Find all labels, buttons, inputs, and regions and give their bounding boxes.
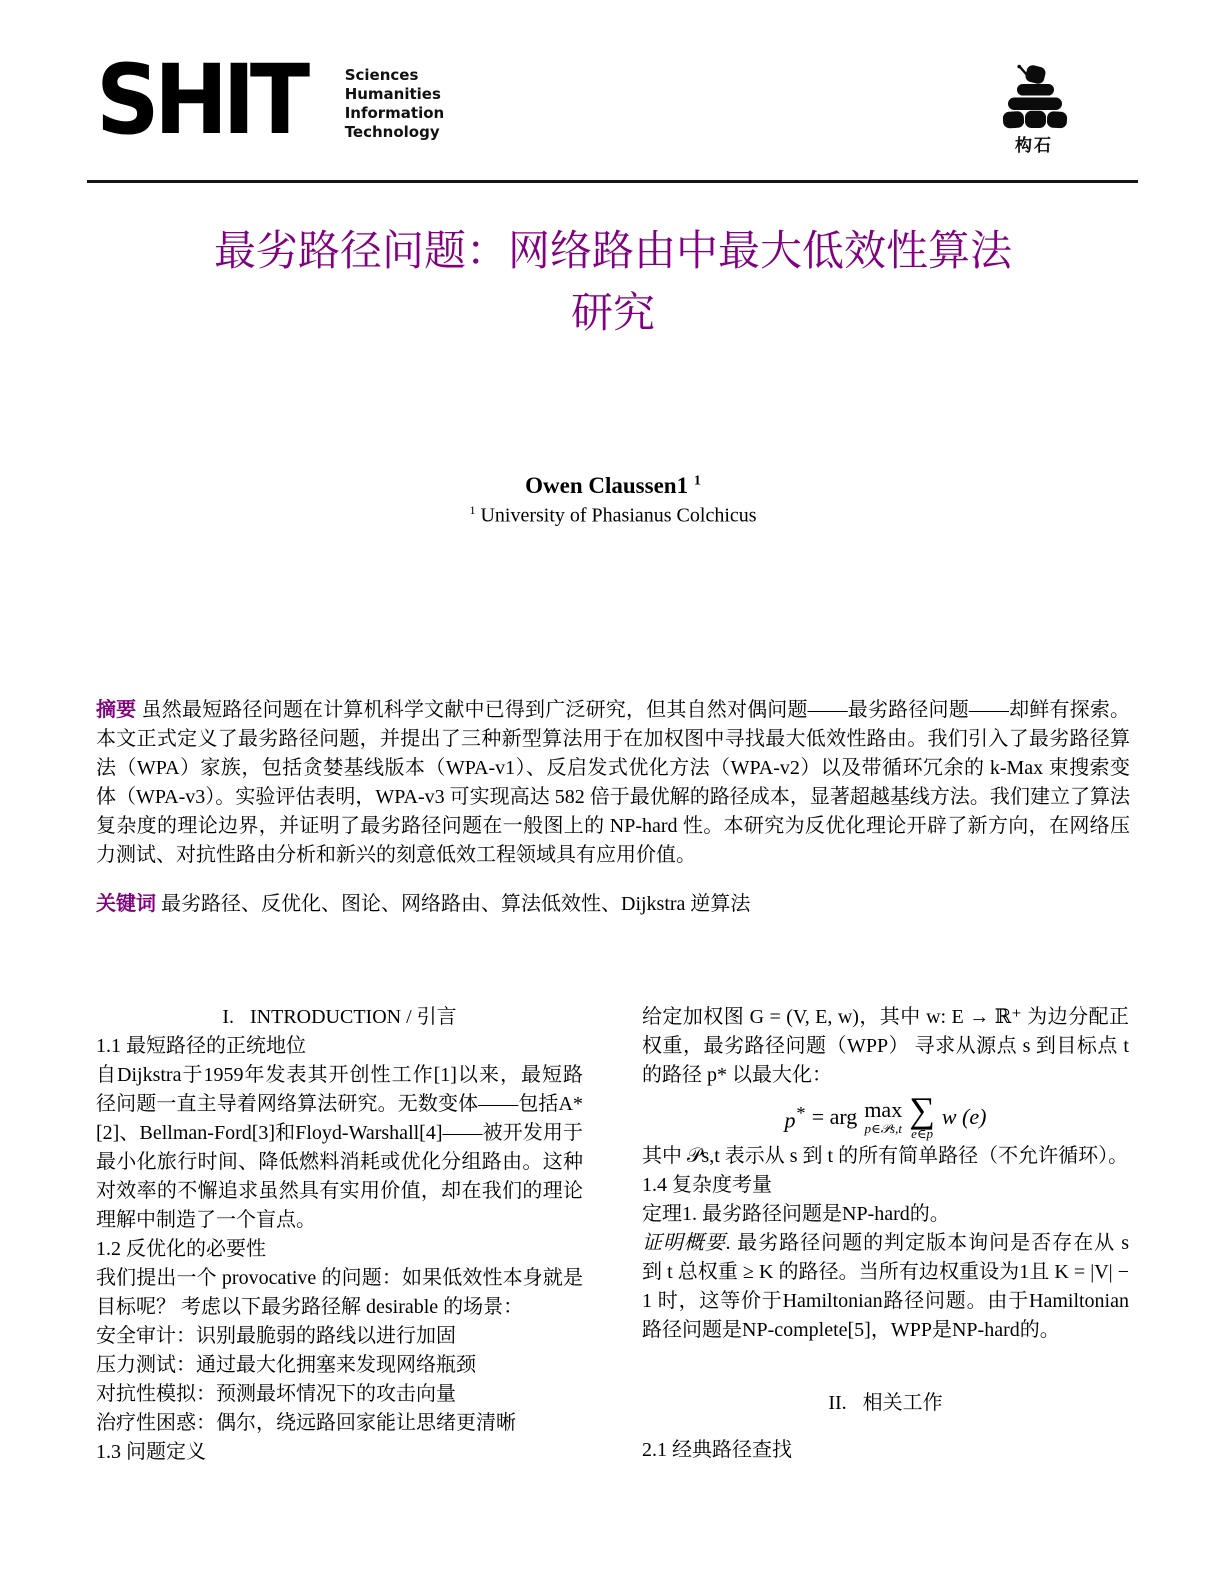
- author-superscript: 1: [694, 473, 701, 488]
- keywords-text: 最劣路径、反优化、图论、网络路由、算法低效性、Dijkstra 逆算法: [161, 893, 750, 915]
- subsection-1-3: 1.3 问题定义: [96, 1438, 583, 1467]
- abstract-label: 摘要: [96, 699, 136, 721]
- right-column: 给定加权图 G = (V, E, w)，其中 w: E → ℝ⁺ 为边分配正权重…: [642, 1003, 1129, 1467]
- formula-p: p*: [785, 1099, 805, 1134]
- paragraph: 自Dijkstra于1959年发表其开创性工作[1]以来，最短路径问题一直主导着…: [96, 1061, 583, 1235]
- section-heading-related-work: II.相关工作: [642, 1389, 1129, 1418]
- paragraph: 给定加权图 G = (V, E, w)，其中 w: E → ℝ⁺ 为边分配正权重…: [642, 1003, 1129, 1090]
- formula-max: max p∈𝒫s,t: [864, 1099, 902, 1135]
- author-affiliation: 1 University of Phasianus Colchicus: [96, 503, 1130, 528]
- abstract: 摘要 虽然最短路径问题在计算机科学文献中已得到广泛研究，但其自然对偶问题——最劣…: [96, 696, 1130, 870]
- tagline-line: Sciences: [345, 66, 445, 85]
- paragraph: 我们提出一个 provocative 的问题：如果低效性本身就是目标呢？ 考虑以…: [96, 1264, 583, 1322]
- byline: Owen Claussen1 1 1 University of Phasian…: [96, 473, 1130, 528]
- sum-symbol: ∑: [909, 1094, 935, 1126]
- theorem-line: 定理1. 最劣路径问题是NP-hard的。: [642, 1200, 1129, 1229]
- stamp-label: 构石: [992, 131, 1076, 156]
- section-label: 相关工作: [863, 1392, 943, 1414]
- proof-paragraph: 证明概要. 最劣路径问题的判定版本询问是否存在从 s 到 t 总权重 ≥ K 的…: [642, 1229, 1129, 1345]
- subsection-1-4: 1.4 复杂度考量: [642, 1171, 1129, 1200]
- scenario-line: 对抗性模拟：预测最坏情况下的攻击向量: [96, 1380, 583, 1409]
- paragraph: 其中 𝒫s,t 表示从 s 到 t 的所有简单路径（不允许循环）。: [642, 1142, 1129, 1171]
- scenario-line: 治疗性困惑：偶尔，绕远路回家能让思绪更清晰: [96, 1409, 583, 1438]
- formula-star: *: [796, 1103, 805, 1123]
- abstract-text: 虽然最短路径问题在计算机科学文献中已得到广泛研究，但其自然对偶问题——最劣路径问…: [96, 699, 1130, 866]
- formula-eq: = arg: [812, 1102, 858, 1131]
- journal-stamp: 构石: [992, 64, 1076, 156]
- affiliation-marker: 1: [469, 503, 475, 517]
- title-line-1: 最劣路径问题：网络路由中最大低效性算法: [96, 221, 1130, 283]
- left-column: I.INTRODUCTION / 引言 1.1 最短路径的正统地位 自Dijks…: [96, 1003, 583, 1467]
- stone-pile-icon: [996, 64, 1072, 130]
- formula-weight-term: w (e): [942, 1102, 987, 1131]
- keywords: 关键词 最劣路径、反优化、图论、网络路由、算法低效性、Dijkstra 逆算法: [96, 890, 1130, 919]
- paper-page: SHIT Sciences Humanities Information Tec…: [0, 0, 1224, 1467]
- author-name: Owen Claussen1 1: [96, 473, 1130, 499]
- affiliation-text: University of Phasianus Colchicus: [480, 505, 756, 527]
- subsection-1-1: 1.1 最短路径的正统地位: [96, 1032, 583, 1061]
- scenario-line: 安全审计：识别最脆弱的路线以进行加固: [96, 1322, 583, 1351]
- subsection-2-1: 2.1 经典路径查找: [642, 1436, 1129, 1465]
- header-divider: [87, 180, 1138, 183]
- section-heading-introduction: I.INTRODUCTION / 引言: [96, 1003, 583, 1032]
- formula-max-subscript: p∈𝒫s,t: [865, 1122, 902, 1135]
- author-name-text: Owen Claussen1: [525, 473, 688, 498]
- keywords-label: 关键词: [96, 893, 156, 915]
- wpp-formula: p* = arg max p∈𝒫s,t ∑ e∈p w (e): [642, 1094, 1129, 1140]
- journal-tagline: Sciences Humanities Information Technolo…: [345, 66, 445, 142]
- page-title: 最劣路径问题：网络路由中最大低效性算法 研究: [96, 221, 1130, 345]
- body-columns: I.INTRODUCTION / 引言 1.1 最短路径的正统地位 自Dijks…: [96, 1003, 1130, 1467]
- formula-sum-subscript: e∈p: [911, 1127, 933, 1140]
- section-number: I.: [222, 1006, 234, 1028]
- section-number: II.: [828, 1392, 846, 1414]
- section-label: INTRODUCTION / 引言: [250, 1006, 457, 1028]
- proof-label: 证明概要.: [642, 1232, 731, 1254]
- journal-header: SHIT Sciences Humanities Information Tec…: [96, 64, 1130, 156]
- formula-max-op: max: [864, 1099, 902, 1121]
- subsection-1-2: 1.2 反优化的必要性: [96, 1235, 583, 1264]
- journal-logo: SHIT: [96, 64, 305, 136]
- formula-sum: ∑ e∈p: [909, 1094, 935, 1140]
- scenario-line: 压力测试：通过最大化拥塞来发现网络瓶颈: [96, 1351, 583, 1380]
- journal-brand: SHIT Sciences Humanities Information Tec…: [96, 64, 1130, 142]
- title-line-2: 研究: [96, 283, 1130, 345]
- tagline-line: Information: [345, 104, 445, 123]
- tagline-line: Technology: [345, 123, 445, 142]
- tagline-line: Humanities: [345, 85, 445, 104]
